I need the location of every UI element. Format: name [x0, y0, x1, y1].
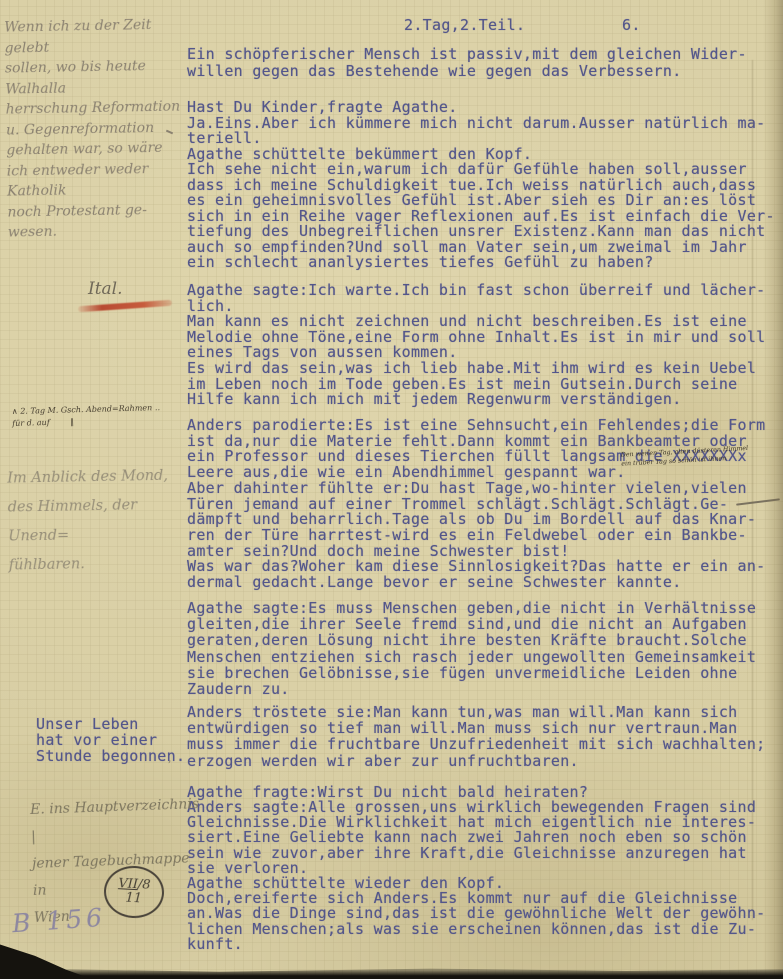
page-number: 6. — [622, 16, 641, 34]
typed-paragraph: Anders tröstete sie:Man kann tun,was man… — [187, 704, 766, 769]
margin-typed-note: Unser Leben hat vor einer Stunde begonne… — [36, 716, 185, 765]
typed-paragraph: Anders parodierte:Es ist eine Sehnsucht,… — [187, 418, 766, 591]
typed-paragraph: Hast Du Kinder,fragte Agathe. Ja.Eins.Ab… — [187, 100, 775, 271]
manuscript-scan: 2.Tag,2.Teil. 6. Ein schöpferischer Mens… — [0, 0, 783, 979]
typed-paragraph: Ein schöpferischer Mensch ist passiv,mit… — [187, 46, 747, 79]
typed-paragraph: Agathe sagte:Es muss Menschen geben,die … — [187, 600, 756, 697]
typed-paragraph: Agathe sagte:Ich warte.Ich bin fast scho… — [187, 283, 766, 408]
pencil-label-ital: Ital. — [88, 279, 123, 299]
pencil-comma-left-margin: , — [168, 752, 172, 765]
pencil-annotation-top-left: Wenn ich zu der Zeit gelebt sollen, wo b… — [4, 14, 188, 243]
typed-paragraph: Anders sagte:Alle grossen,uns wirklich b… — [187, 800, 766, 952]
archive-signature-number: 11 — [125, 892, 142, 907]
header-section-label: 2.Tag,2.Teil. — [404, 16, 525, 34]
paper-crease — [752, 60, 753, 920]
ink-annotation-left-margin: ∧ 2. Tag M. Gsch. Abend=Rahmen ‥ für d. … — [12, 402, 161, 430]
pencil-annotation-mond: Im Anblick des Mond, des Himmels, der Un… — [7, 461, 189, 580]
